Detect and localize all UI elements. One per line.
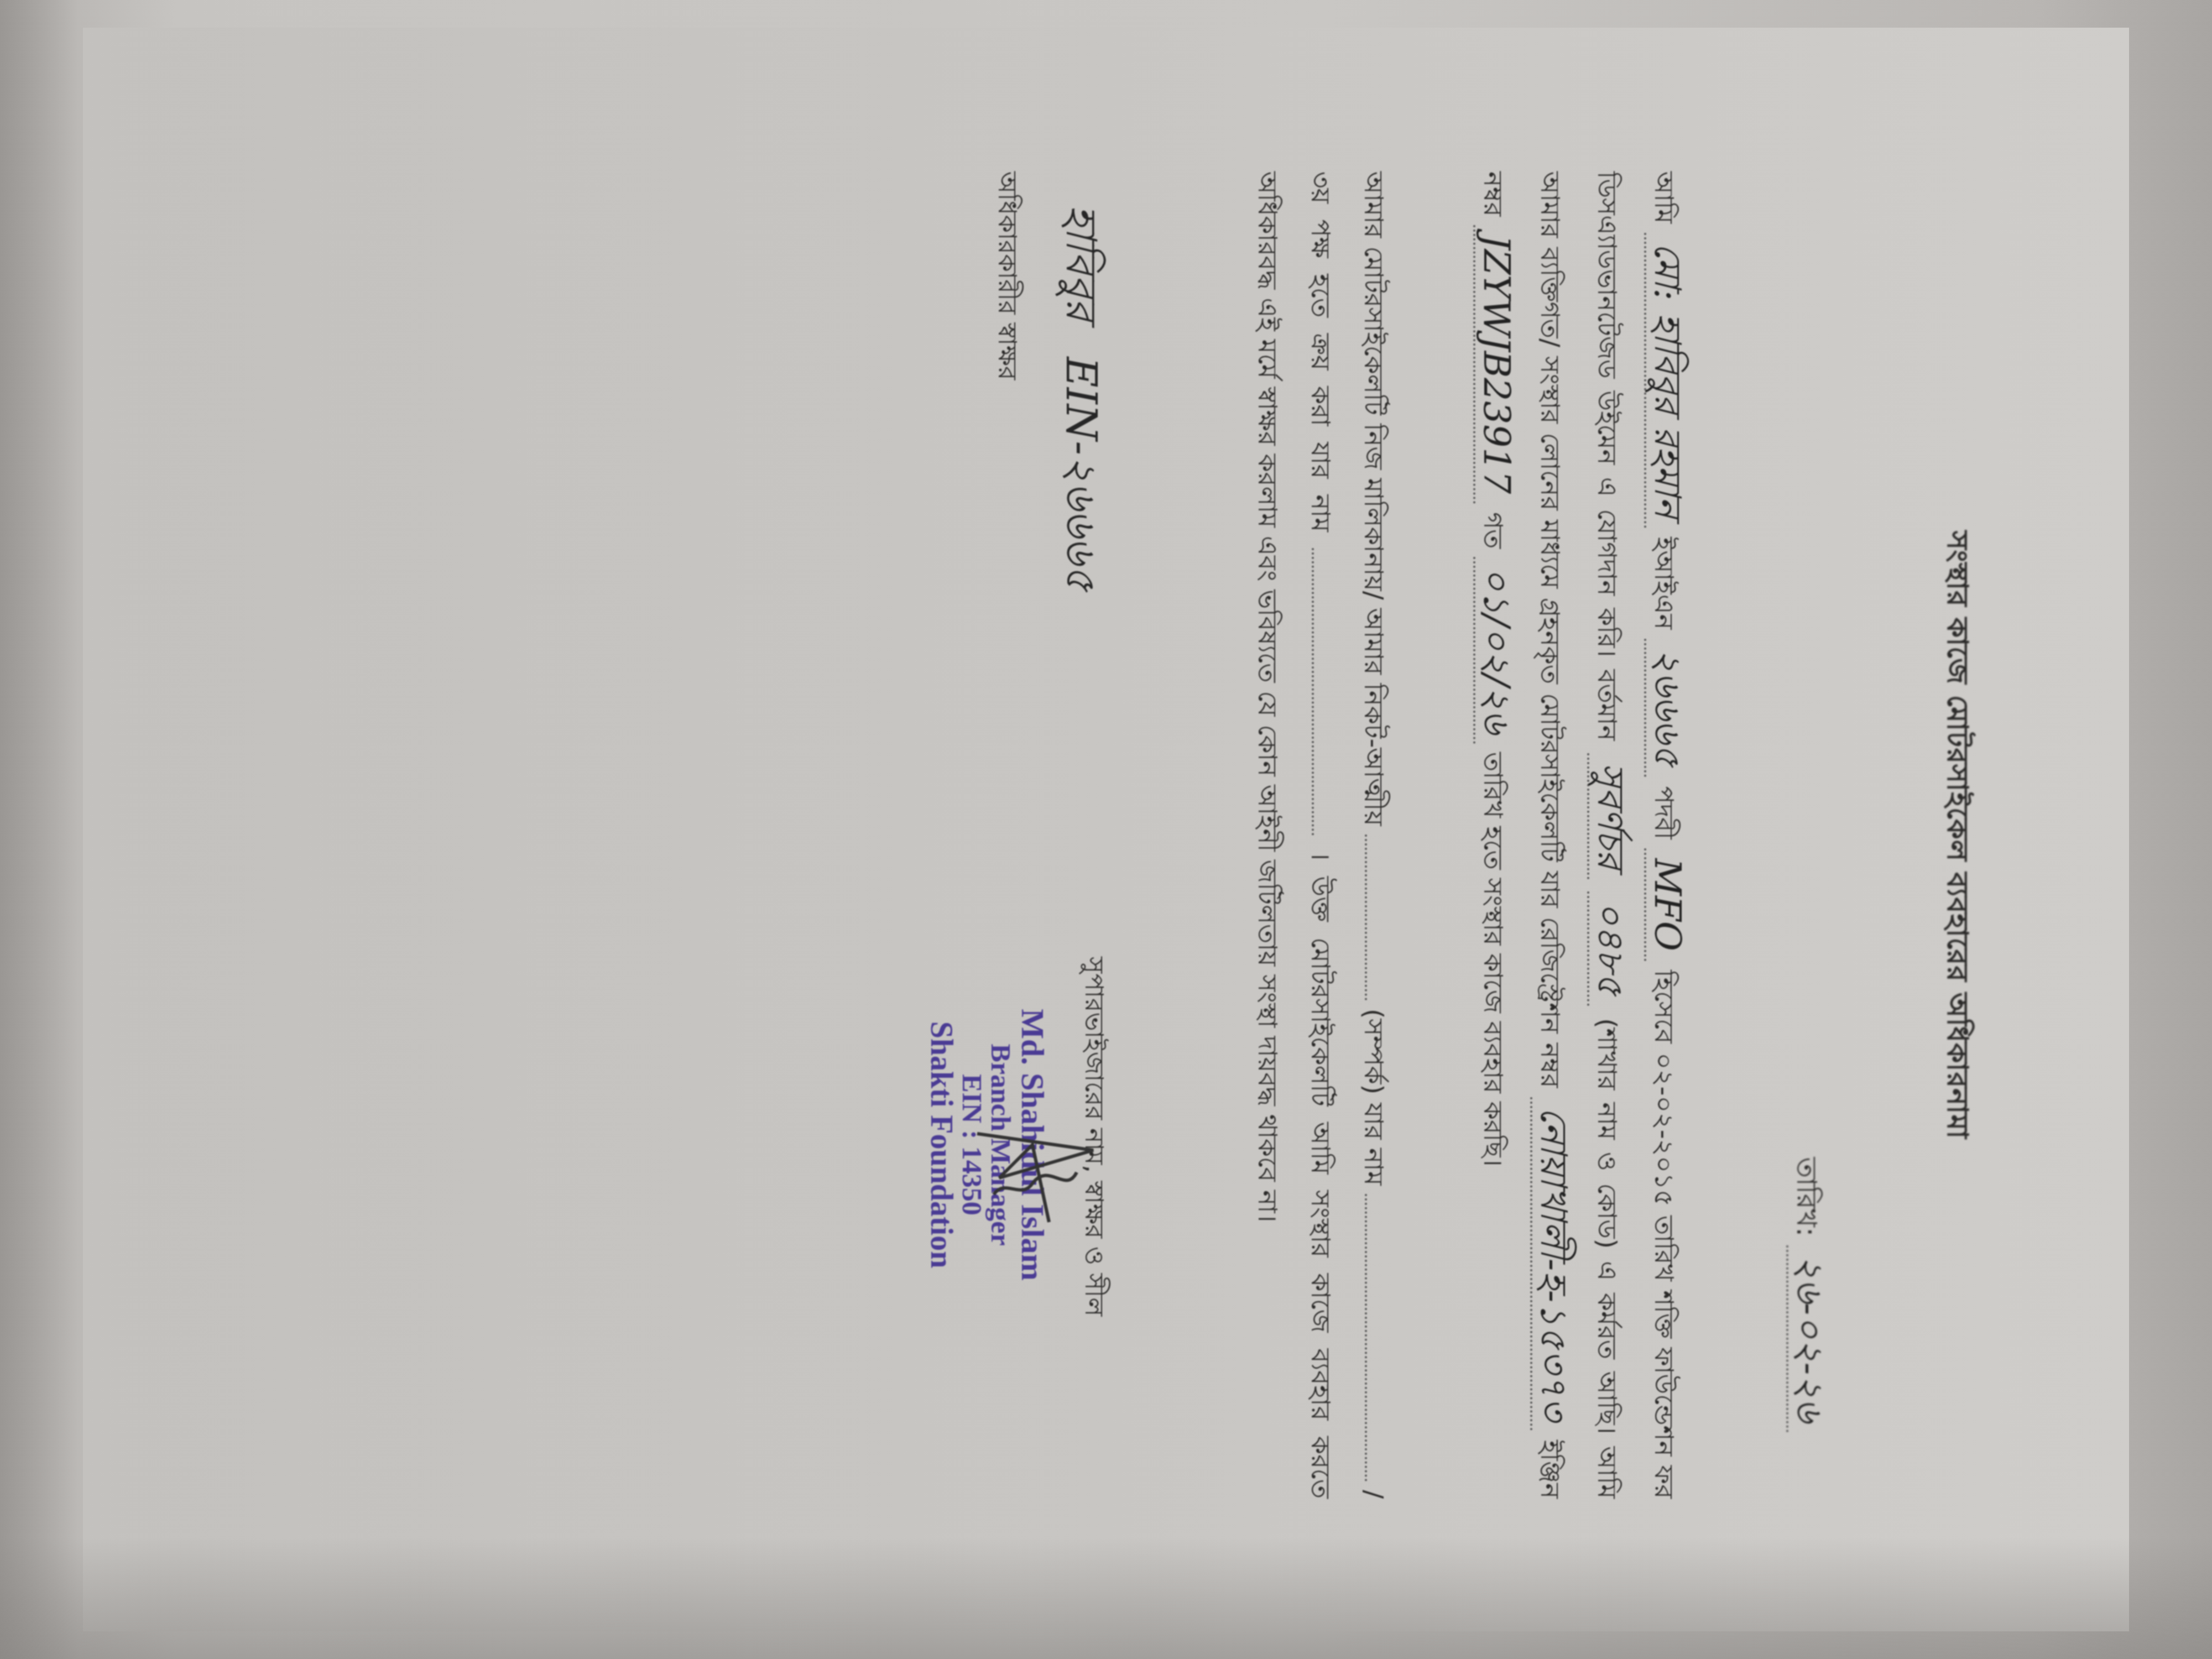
supervisor-signature-label: সুপারভাইজারের নাম, স্বাক্ষর ও সীল	[1071, 957, 1113, 1510]
text: আমার মোটরসাইকেলটি নিজ মালিকানায়/ আমার ন…	[1358, 171, 1389, 826]
signature-section: হাবিবুর EIN-২৬৬৬৫ অধিকারকারীর স্বাক্ষর স…	[615, 171, 1113, 1499]
date-row: তারিখ: ২৬-০২-২৬	[1777, 171, 1838, 1432]
photo-vignette	[0, 1537, 2212, 1659]
authorization-letter: সংস্থার কাজে মোটরসাইকেল ব্যবহারের অধিকার…	[83, 28, 2129, 1631]
registration-number-field[interactable]: নোয়াখালী-হ-১৫৩৭৩	[1530, 1097, 1575, 1431]
text: তারিখ হতে সংস্থার কাজে ব্যবহার করছি।	[1478, 752, 1508, 1167]
relative-field[interactable]	[1365, 834, 1373, 1000]
paragraph-employment: আমি মো: হাবিবুর রহমান ইআইএন ২৬৬৬৫ পদবী M…	[1466, 171, 1694, 1499]
document-title: সংস্থার কাজে মোটরসাইকেল ব্যবহারের অধিকার…	[1932, 171, 1980, 1499]
supervisor-signature-block: সুপারভাইজারের নাম, স্বাক্ষর ও সীল Md. Sh…	[925, 957, 1113, 1510]
text: ইআইএন	[1648, 537, 1679, 630]
text: (সম্পর্ক) যার নাম	[1358, 1009, 1389, 1186]
ein-field[interactable]: ২৬৬৬৫	[1644, 639, 1689, 777]
text: আমি	[1648, 171, 1679, 223]
engine-number-field[interactable]: JZYWJB23917	[1473, 225, 1518, 504]
designation-field[interactable]: MFO	[1644, 848, 1689, 961]
date-field[interactable]: ২৬-০২-২৬	[1786, 1245, 1831, 1432]
official-stamp: Md. Shahidul Islam Branch Manager EIN : …	[925, 979, 1049, 1311]
employee-ein-handwritten: EIN-২৬৬৬৫	[1057, 357, 1106, 592]
relative-name-field[interactable]	[1365, 1194, 1373, 1481]
usage-start-date-field[interactable]: ০১/০২/২৬	[1473, 557, 1518, 744]
paragraph-ownership: আমার মোটরসাইকেলটি নিজ মালিকানায়/ আমার ন…	[1240, 171, 1400, 1499]
table-surface-shadow	[0, 0, 77, 1659]
text: পদবী	[1648, 786, 1679, 839]
date-label: তারিখ:	[1791, 1157, 1823, 1237]
stamp-role: Branch Manager	[987, 979, 1016, 1311]
employee-name-field[interactable]: মো: হাবিবুর রহমান	[1644, 233, 1689, 528]
employee-signature-label: অধিকারকারীর স্বাক্ষর	[984, 171, 1026, 669]
stamp-ein: EIN : 14350	[957, 979, 987, 1311]
stamp-name: Md. Shahidul Islam	[1015, 979, 1049, 1311]
employee-signature[interactable]: হাবিবুর	[1057, 205, 1106, 321]
branch-code-field[interactable]: ০৪৮৫	[1587, 891, 1632, 1006]
branch-name-field[interactable]: সুবর্ণচর	[1587, 753, 1632, 879]
text: গত	[1478, 512, 1508, 549]
third-party-name-field[interactable]	[1312, 548, 1319, 836]
stamp-organization: Shakti Foundation	[925, 979, 957, 1311]
employee-signature-block: হাবিবুর EIN-২৬৬৬৫ অধিকারকারীর স্বাক্ষর	[984, 171, 1113, 669]
